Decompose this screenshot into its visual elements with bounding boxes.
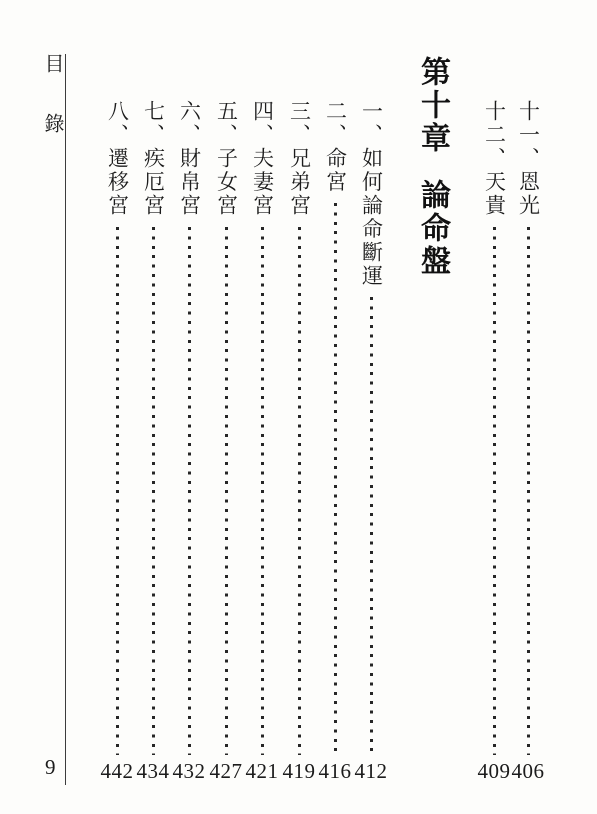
toc-entry-label: 六、財帛宮	[179, 100, 200, 218]
chapter-heading: 第十章 論命盤	[408, 56, 456, 278]
dotted-leader	[188, 227, 191, 756]
toc-entry-page: 442	[101, 761, 134, 782]
toc-entry: 一、如何論命斷運 412	[354, 100, 388, 782]
toc-entry: 五、子女宮 427	[209, 100, 243, 782]
toc-entry-label: 七、疾厄宮	[143, 100, 164, 218]
toc-entry: 四、夫妻宮 421	[245, 100, 279, 782]
toc-entry-page: 427	[210, 761, 243, 782]
dotted-leader	[370, 297, 373, 755]
dotted-leader	[152, 227, 155, 756]
toc-entry-page: 432	[173, 761, 206, 782]
toc-entry-label: 八、遷移宮	[107, 100, 128, 218]
toc-entry-label: 二、命宮	[325, 100, 346, 194]
toc-entry-page: 434	[137, 761, 170, 782]
dotted-leader	[298, 227, 301, 756]
toc-entry: 三、兄弟宮 419	[282, 100, 316, 782]
dotted-leader	[225, 227, 228, 756]
toc-entry-page: 412	[355, 761, 388, 782]
toc-entry-label: 十一、恩光	[518, 100, 539, 218]
toc-entry-page: 406	[512, 761, 545, 782]
toc-entry-label: 三、兄弟宮	[289, 100, 310, 218]
toc-entry: 十二、天貴 409	[477, 100, 511, 782]
dotted-leader	[527, 227, 530, 756]
chapter-title: 論命盤	[417, 179, 447, 278]
toc-page: 目錄 9 十一、恩光 406 十二、天貴 409 第十章 論命盤 一、如何論命斷…	[0, 0, 597, 814]
dotted-leader	[334, 203, 337, 755]
folio-page-number: 9	[45, 757, 56, 778]
toc-entry-page: 419	[283, 761, 316, 782]
toc-entry: 六、財帛宮 432	[172, 100, 206, 782]
toc-entry: 二、命宮 416	[318, 100, 352, 782]
toc-entry: 十一、恩光 406	[511, 100, 545, 782]
toc-entry-label: 一、如何論命斷運	[361, 100, 382, 288]
chapter-number: 第十章	[417, 56, 447, 155]
toc-entry-page: 416	[319, 761, 352, 782]
toc-header-label: 目錄	[42, 53, 62, 173]
toc-entry: 八、遷移宮 442	[100, 100, 134, 782]
toc-entry-label: 十二、天貴	[484, 100, 505, 218]
toc-entry-page: 421	[246, 761, 279, 782]
dotted-leader	[261, 227, 264, 756]
toc-entry: 七、疾厄宮 434	[136, 100, 170, 782]
margin-rule	[65, 54, 66, 785]
dotted-leader	[493, 227, 496, 756]
toc-entry-label: 四、夫妻宮	[252, 100, 273, 218]
toc-entry-label: 五、子女宮	[216, 100, 237, 218]
toc-entry-page: 409	[478, 761, 511, 782]
dotted-leader	[116, 227, 119, 756]
